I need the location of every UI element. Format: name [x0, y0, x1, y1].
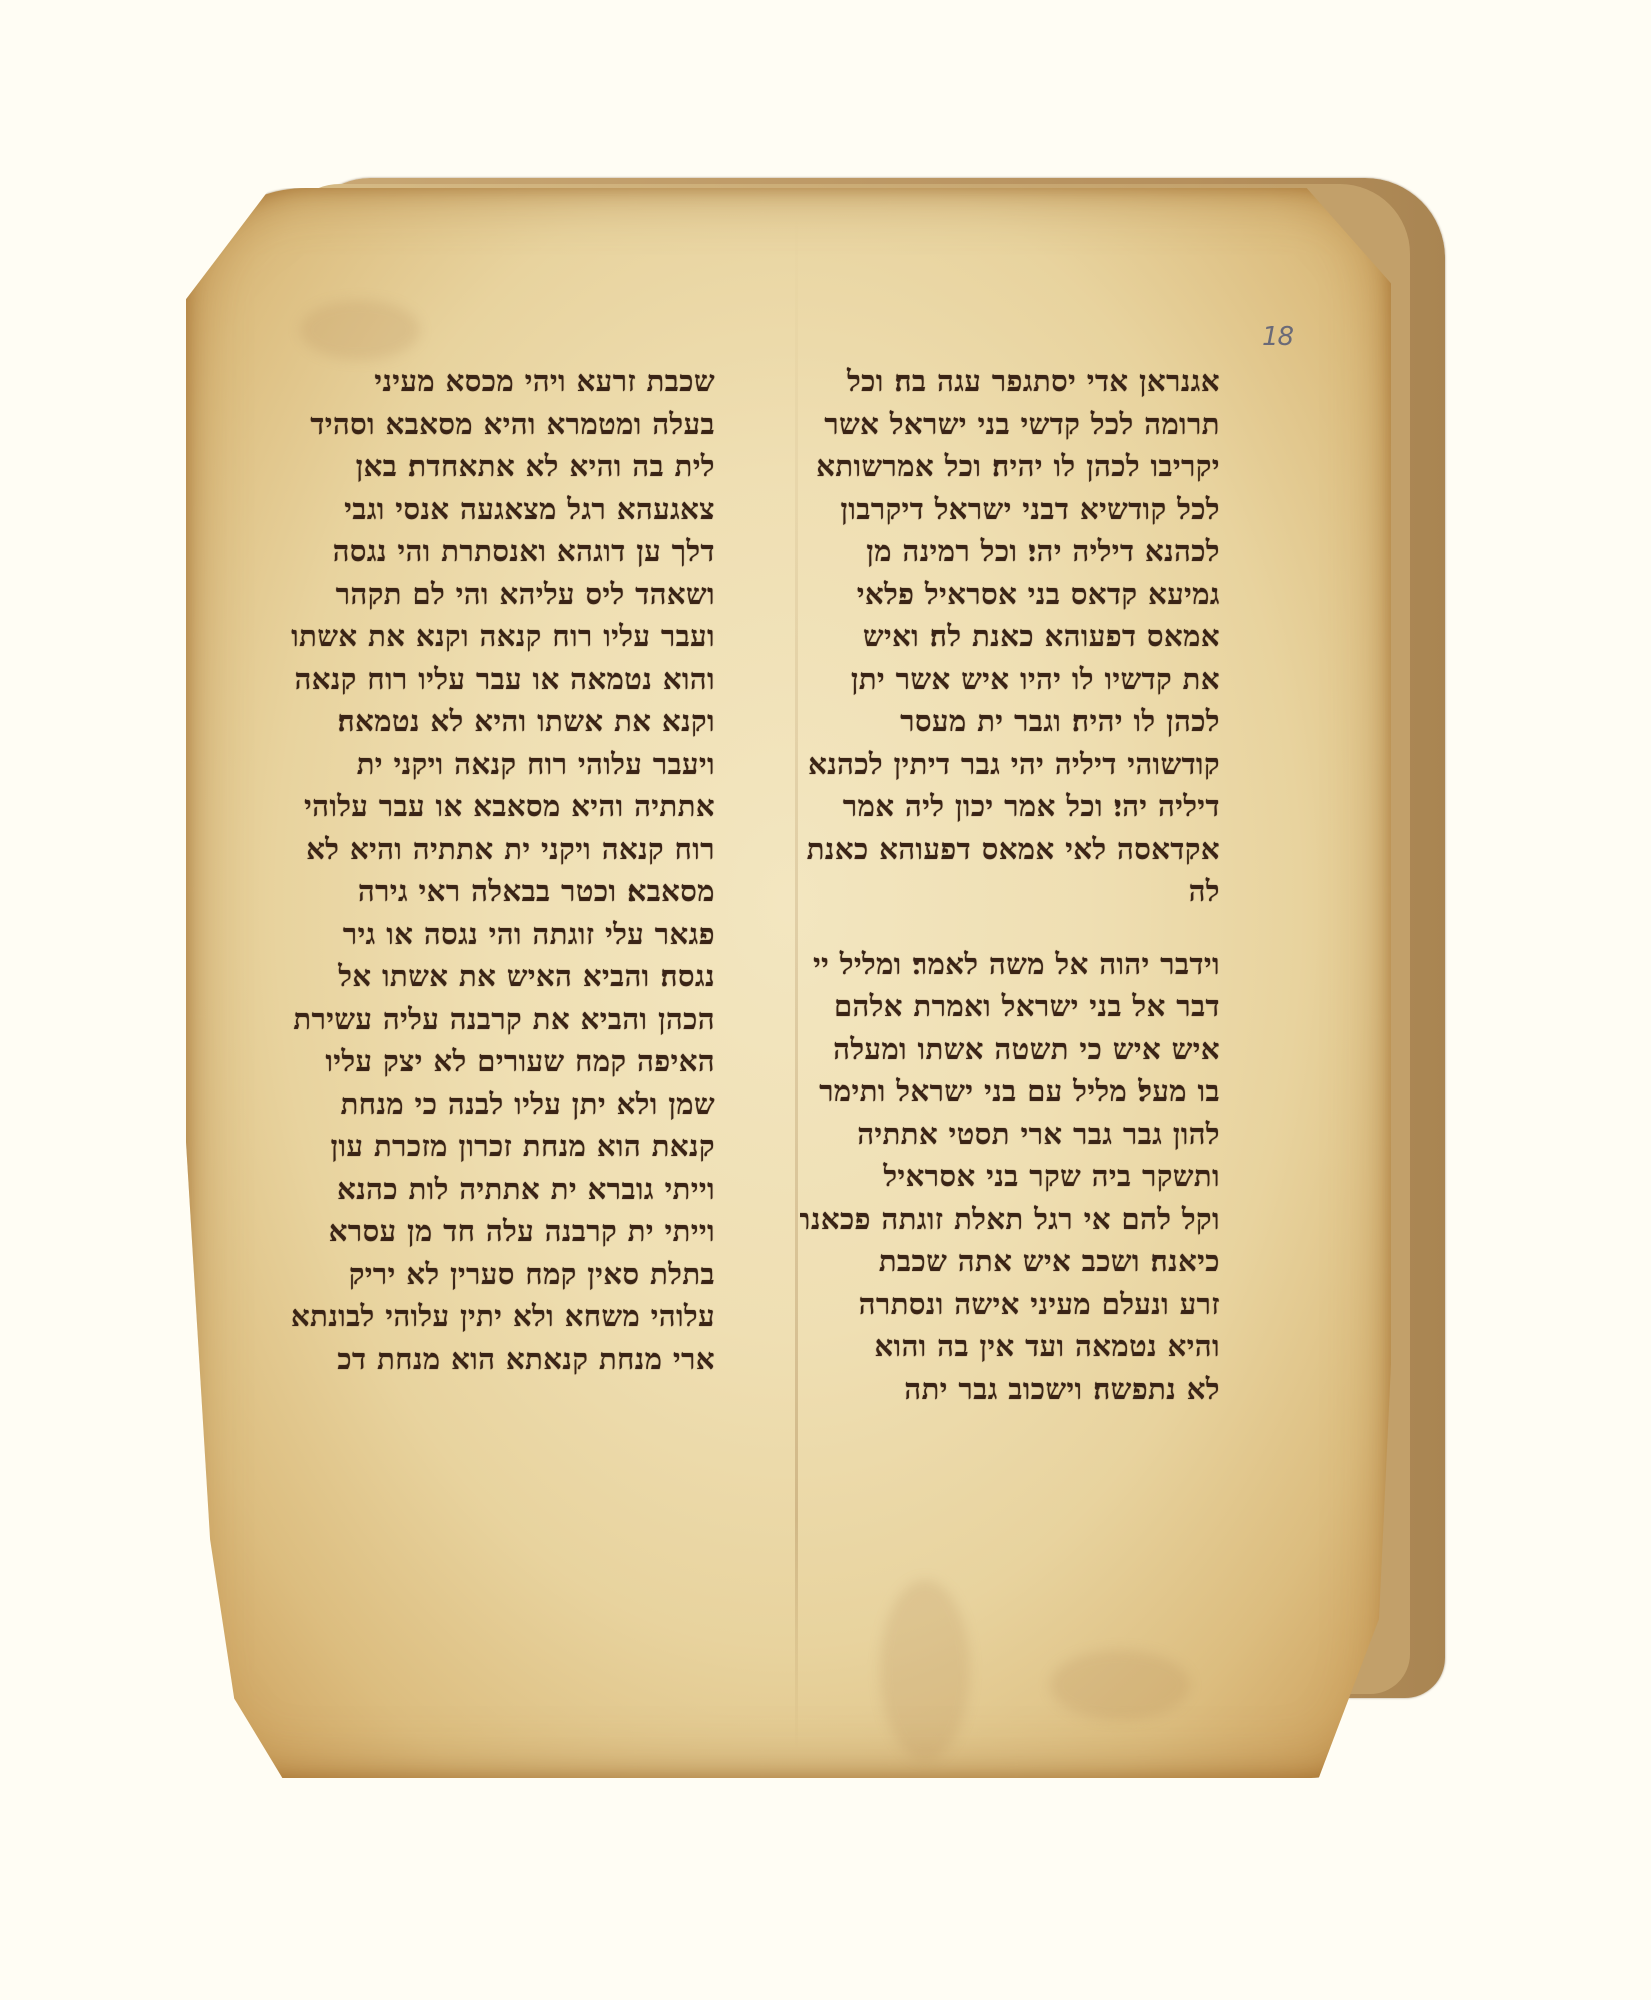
text-line: נגסה׃ והביא האיש את אשתו אל [275, 955, 715, 998]
text-line: וקל להם אי רגל תאלת זוגתה פכאנת [800, 1198, 1220, 1241]
text-line: שמן ולא יתן עליו לבנה כי מנחת [275, 1083, 715, 1126]
text-line: האיפה קמח שעורים לא יצק עליו [275, 1040, 715, 1083]
text-line: אגנראן אדי יסתגפר עגה בה׃ וכל [800, 360, 1220, 403]
text-line: פגאר עלי זוגתה והי נגסה או גיר [275, 913, 715, 956]
text-line: דלך ען דוגהא ואנסתרת והי נגסה [275, 530, 715, 573]
text-line: לית בה והיא לא אתאחדת׃ באן [275, 445, 715, 488]
text-line: אמאס דפעוהא כאנת לה׃ ואיש [800, 615, 1220, 658]
text-line: צאגעהא רגל מצאגעה אנסי וגבי [275, 488, 715, 531]
text-line: וקנא את אשתו והיא לא נטמאה׃ [275, 700, 715, 743]
text-line: הכהן והביא את קרבנה עליה עשירת [275, 998, 715, 1041]
text-line: את קדשיו לו יהיו איש אשר יתן [800, 658, 1220, 701]
text-line: רוח קנאה ויקני ית אתתיה והיא לא [275, 828, 715, 871]
text-line: אתתיה והיא מסאבא או עבר עלוהי [275, 785, 715, 828]
text-line: בעלה ומטמרא והיא מסאבא וסהיד [275, 403, 715, 446]
text-line: לכל קודשיא דבני ישראל דיקרבון [800, 488, 1220, 531]
text-column-right: אגנראן אדי יסתגפר עגה בה׃ וכלתרומה לכל ק… [800, 360, 1220, 1410]
text-line: לא נתפשה׃ וישכוב גבר יתה [800, 1368, 1220, 1411]
text-line: והוא נטמאה או עבר עליו רוח קנאה [275, 658, 715, 701]
text-line: קודשוהי דיליה יהי גבר דיתין לכהנא [800, 743, 1220, 786]
stain [880, 1580, 970, 1760]
text-line: עלוהי משחא ולא יתין עלוהי לבונתא [275, 1295, 715, 1338]
text-line: איש איש כי תשטה אשתו ומעלה [800, 1028, 1220, 1071]
text-line: ותשקר ביה שקר בני אסראיל [800, 1155, 1220, 1198]
stain [300, 300, 420, 360]
text-line: לה [800, 870, 1220, 913]
text-line: תרומה לכל קדשי בני ישראל אשר [800, 403, 1220, 446]
text-line: לכהן לו יהיה׃ וגבר ית מעסר [800, 700, 1220, 743]
text-line: קנאת הוא מנחת זכרון מזכרת עון [275, 1125, 715, 1168]
stain [1050, 1650, 1190, 1720]
text-line: להון גבר גבר ארי תסטי אתתיה [800, 1113, 1220, 1156]
text-column-left: שכבת זרעא ויהי מכסא מעיניבעלה ומטמרא והי… [275, 360, 715, 1380]
text-line: ארי מנחת קנאתא הוא מנחת דכ [275, 1338, 715, 1381]
text-line: וייתי ית קרבנה עלה חד מן עסרא [275, 1210, 715, 1253]
text-line [800, 913, 1220, 943]
text-line: כיאנה׃ ושכב איש אתה שכבת [800, 1240, 1220, 1283]
folio-number: 18 [1262, 322, 1293, 352]
text-line: מסאבא׃ וכטר בבאלה ראי גירה [275, 870, 715, 913]
text-line: והיא נטמאה ועד אין בה והוא [800, 1325, 1220, 1368]
text-line: גמיעא קדאס בני אסראיל פלאי [800, 573, 1220, 616]
center-fold [795, 210, 798, 1750]
text-line: זרע ונעלם מעיני אישה ונסתרה [800, 1283, 1220, 1326]
text-line: ושאהד ליס עליהא והי לם תקהר [275, 573, 715, 616]
text-line: בו מעל׃ מליל עם בני ישראל ותימר [800, 1070, 1220, 1113]
text-line: וידבר יהוה אל משה לאמר׃ ומליל יי [800, 943, 1220, 986]
text-line: אקדאסה לאי אמאס דפעוהא כאנת [800, 828, 1220, 871]
text-line: בתלת סאין קמח סערין לא יריק [275, 1253, 715, 1296]
text-line: דיליה יהי׃ וכל אמר יכון ליה אמר [800, 785, 1220, 828]
text-line: ועבר עליו רוח קנאה וקנא את אשתו [275, 615, 715, 658]
text-line: ויעבר עלוהי רוח קנאה ויקני ית [275, 743, 715, 786]
text-line: שכבת זרעא ויהי מכסא מעיני [275, 360, 715, 403]
text-line: וייתי גוברא ית אתתיה לות כהנא [275, 1168, 715, 1211]
text-line: דבר אל בני ישראל ואמרת אלהם [800, 985, 1220, 1028]
text-line: לכהנא דיליה יהי׃ וכל רמינה מן [800, 530, 1220, 573]
text-line: יקריבו לכהן לו יהיה׃ וכל אמרשותא [800, 445, 1220, 488]
